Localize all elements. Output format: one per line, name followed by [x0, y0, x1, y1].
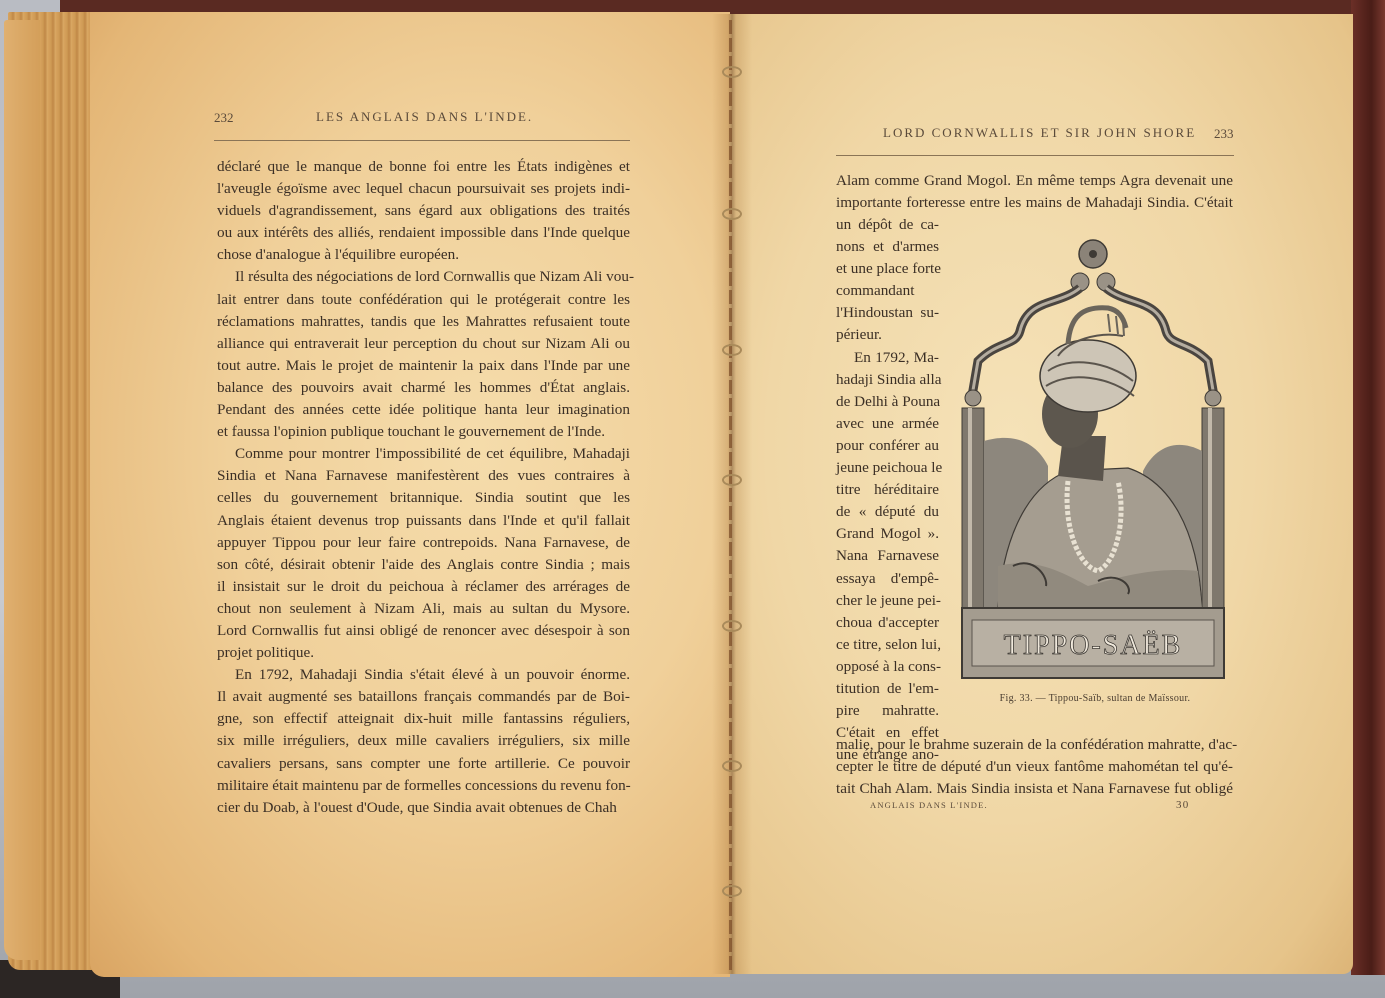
text-line: viduels d'agrandissement, sans égard aux…: [217, 200, 630, 222]
page-stack-edge: [4, 20, 40, 960]
text-line: Il résulta des négociations de lord Corn…: [217, 266, 630, 288]
text-line: cher le jeune pei-: [836, 590, 939, 612]
text-line: commandant: [836, 280, 939, 302]
binding-knot: [722, 760, 742, 772]
text-line: projet politique.: [217, 642, 630, 664]
binding-knot: [722, 885, 742, 897]
binding-thread: [729, 20, 732, 970]
text-line: ou aux intérêts des alliés, rendaient im…: [217, 222, 630, 244]
text-line: titution de l'em-: [836, 678, 939, 700]
text-line: pire mahratte.: [836, 700, 939, 722]
tipu-sultan-engraving: TIPPO-SAËB: [958, 236, 1228, 681]
text-line: opposé à la cons-: [836, 656, 939, 678]
running-head-right: LORD CORNWALLIS ET SIR JOHN SHORE: [883, 125, 1196, 141]
right-page-body-top: Alam comme Grand Mogol. En même temps Ag…: [836, 170, 1233, 214]
page-number-left: 232: [214, 110, 234, 126]
text-line: tait Chah Alam. Mais Sindia insista et N…: [836, 778, 1233, 800]
text-line: un dépôt de ca-: [836, 214, 939, 236]
text-line: de Delhi à Pouna: [836, 391, 939, 413]
page-number-right: 233: [1214, 126, 1234, 142]
text-line: périeur.: [836, 324, 939, 346]
text-line: alliance qui entraverait leur perception…: [217, 333, 630, 355]
text-line: Pendant des années cette idée politique …: [217, 399, 630, 421]
binding-knot: [722, 66, 742, 78]
text-line: militaire était maintenu par de formelle…: [217, 775, 630, 797]
text-line: Alam comme Grand Mogol. En même temps Ag…: [836, 170, 1233, 192]
text-line: il insistait sur le droit du peichoua à …: [217, 576, 630, 598]
book-cover-right: [1351, 0, 1385, 975]
text-line: Sindia et Nana Farnavese manifestèrent d…: [217, 465, 630, 487]
right-page-body-bottom: malie, pour le brahme suzerain de la con…: [836, 734, 1233, 800]
text-line: jeune peichoua le: [836, 457, 939, 479]
text-line: de « député du: [836, 501, 939, 523]
left-page-body: déclaré que le manque de bonne foi entre…: [217, 156, 630, 819]
text-line: balance des pouvoirs avait charmé les ho…: [217, 377, 630, 399]
text-line: Lord Cornwallis fut ainsi obligé de reno…: [217, 620, 630, 642]
text-line: celles du gouvernement britannique. Sind…: [217, 487, 630, 509]
binding-knot: [722, 620, 742, 632]
binding-knot: [722, 474, 742, 486]
text-line: titre héréditaire: [836, 479, 939, 501]
figure-caption: Fig. 33. — Tippou-Saïb, sultan de Maïsso…: [960, 693, 1230, 704]
plate-label: TIPPO-SAËB: [1004, 630, 1183, 661]
text-line: déclaré que le manque de bonne foi entre…: [217, 156, 630, 178]
text-line: lait entrer dans toute confédération qui…: [217, 289, 630, 311]
text-line: tout autre. Mais le projet de maintenir …: [217, 355, 630, 377]
text-line: cepter le titre de député d'un vieux fan…: [836, 756, 1233, 778]
text-line: son côté, désirait obtenir l'aide des An…: [217, 554, 630, 576]
text-line: En 1792, Ma-: [836, 347, 939, 369]
text-line: gne, son effectif atteignait dix-huit mi…: [217, 708, 630, 730]
text-line: avec une armée: [836, 413, 939, 435]
text-line: appuyer Tippou pour leur faire contrepoi…: [217, 532, 630, 554]
text-line: cavaliers persans, sans compter une fort…: [217, 753, 630, 775]
text-line: pour conférer au: [836, 435, 939, 457]
book-gutter: [712, 14, 752, 974]
right-page-body-column: un dépôt de ca-nons et d'armeset une pla…: [836, 214, 939, 766]
text-line: cier du Doab, à l'ouest d'Oude, que Sind…: [217, 797, 630, 819]
text-line: Grand Mogol ».: [836, 523, 939, 545]
text-line: et une place forte: [836, 258, 939, 280]
header-rule-right: [836, 155, 1234, 156]
text-line: hadaji Sindia alla: [836, 369, 939, 391]
text-line: chose d'analogue à l'équilibre européen.: [217, 244, 630, 266]
text-line: chout non seulement à Nizam Ali, mais au…: [217, 598, 630, 620]
text-line: malie, pour le brahme suzerain de la con…: [836, 734, 1233, 756]
text-line: nons et d'armes: [836, 236, 939, 258]
text-line: l'aveugle égoïsme avec lequel chacun pou…: [217, 178, 630, 200]
signature-mark: ANGLAIS DANS L'INDE.: [870, 800, 988, 810]
text-line: Nana Farnavese: [836, 545, 939, 567]
text-line: réclamations mahrattes, tandis que les M…: [217, 311, 630, 333]
text-line: importante forteresse entre les mains de…: [836, 192, 1233, 214]
text-line: choua d'accepter: [836, 612, 939, 634]
text-line: six mille irréguliers, deux mille cavali…: [217, 730, 630, 752]
text-line: l'Hindoustan su-: [836, 302, 939, 324]
running-head-left: LES ANGLAIS DANS L'INDE.: [316, 109, 533, 125]
text-line: Il avait augmenté ses bataillons françai…: [217, 686, 630, 708]
text-line: Comme pour montrer l'impossibilité de ce…: [217, 443, 630, 465]
text-line: essaya d'empê-: [836, 568, 939, 590]
text-line: Anglais étaient devenus trop puissants d…: [217, 510, 630, 532]
text-line: En 1792, Mahadaji Sindia s'était élevé à…: [217, 664, 630, 686]
binding-knot: [722, 208, 742, 220]
text-line: ce titre, selon lui,: [836, 634, 939, 656]
book-photo: 232 LES ANGLAIS DANS L'INDE. déclaré que…: [0, 0, 1385, 998]
header-rule-left: [214, 140, 630, 141]
signature-number: 30: [1176, 799, 1189, 811]
text-line: et faussa l'opinion publique touchant le…: [217, 421, 630, 443]
binding-knot: [722, 344, 742, 356]
